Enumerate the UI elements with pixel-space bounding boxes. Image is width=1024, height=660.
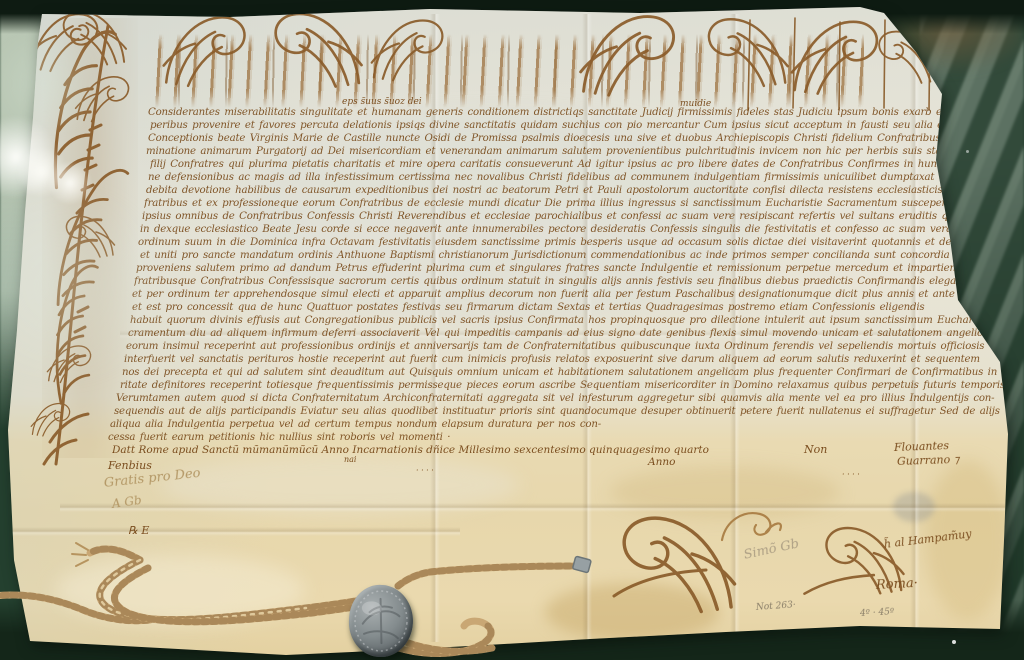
anno-mark: Anno — [648, 456, 675, 468]
signature-upper-right: Flouantes — [894, 439, 949, 454]
small-dots-mark: · · · · — [416, 466, 434, 475]
lead-seal-bulla — [347, 583, 416, 659]
non-mark: Non — [804, 443, 827, 456]
hemp-cord — [0, 520, 620, 660]
signature-lower-right: h̃ al Hampam̃uy — [883, 527, 972, 551]
pencil-inventory-note: Not 263· — [756, 600, 796, 613]
dust-speck — [952, 640, 956, 644]
header-small-word: fi hã — [964, 95, 984, 105]
header-small-word: muidie — [680, 99, 711, 109]
roma-note: Roma· — [876, 576, 919, 593]
small-dots-mark: · · · · — [842, 470, 860, 479]
scribble-note: A Gb — [111, 493, 142, 511]
signature-upper-right-2: Guarrano ⁊ — [897, 453, 960, 468]
header-small-word: eps s̃uus s̃uoz dei — [342, 97, 422, 107]
cord-metal-clip — [572, 556, 591, 573]
small-mark: nai — [344, 455, 356, 464]
dust-speck — [966, 150, 969, 153]
pencil-note: 4º · 45º — [860, 607, 895, 619]
date-line: Datt̃ Rome apud Sanctũ mũmanũmũcũ A… — [112, 444, 772, 456]
pencil-signature: Simõ Gb — [742, 537, 800, 563]
display-case-photo: Considerantes miserabilitatis singulitat… — [0, 0, 1024, 660]
dateline-left-word: Fenbius — [108, 459, 152, 472]
